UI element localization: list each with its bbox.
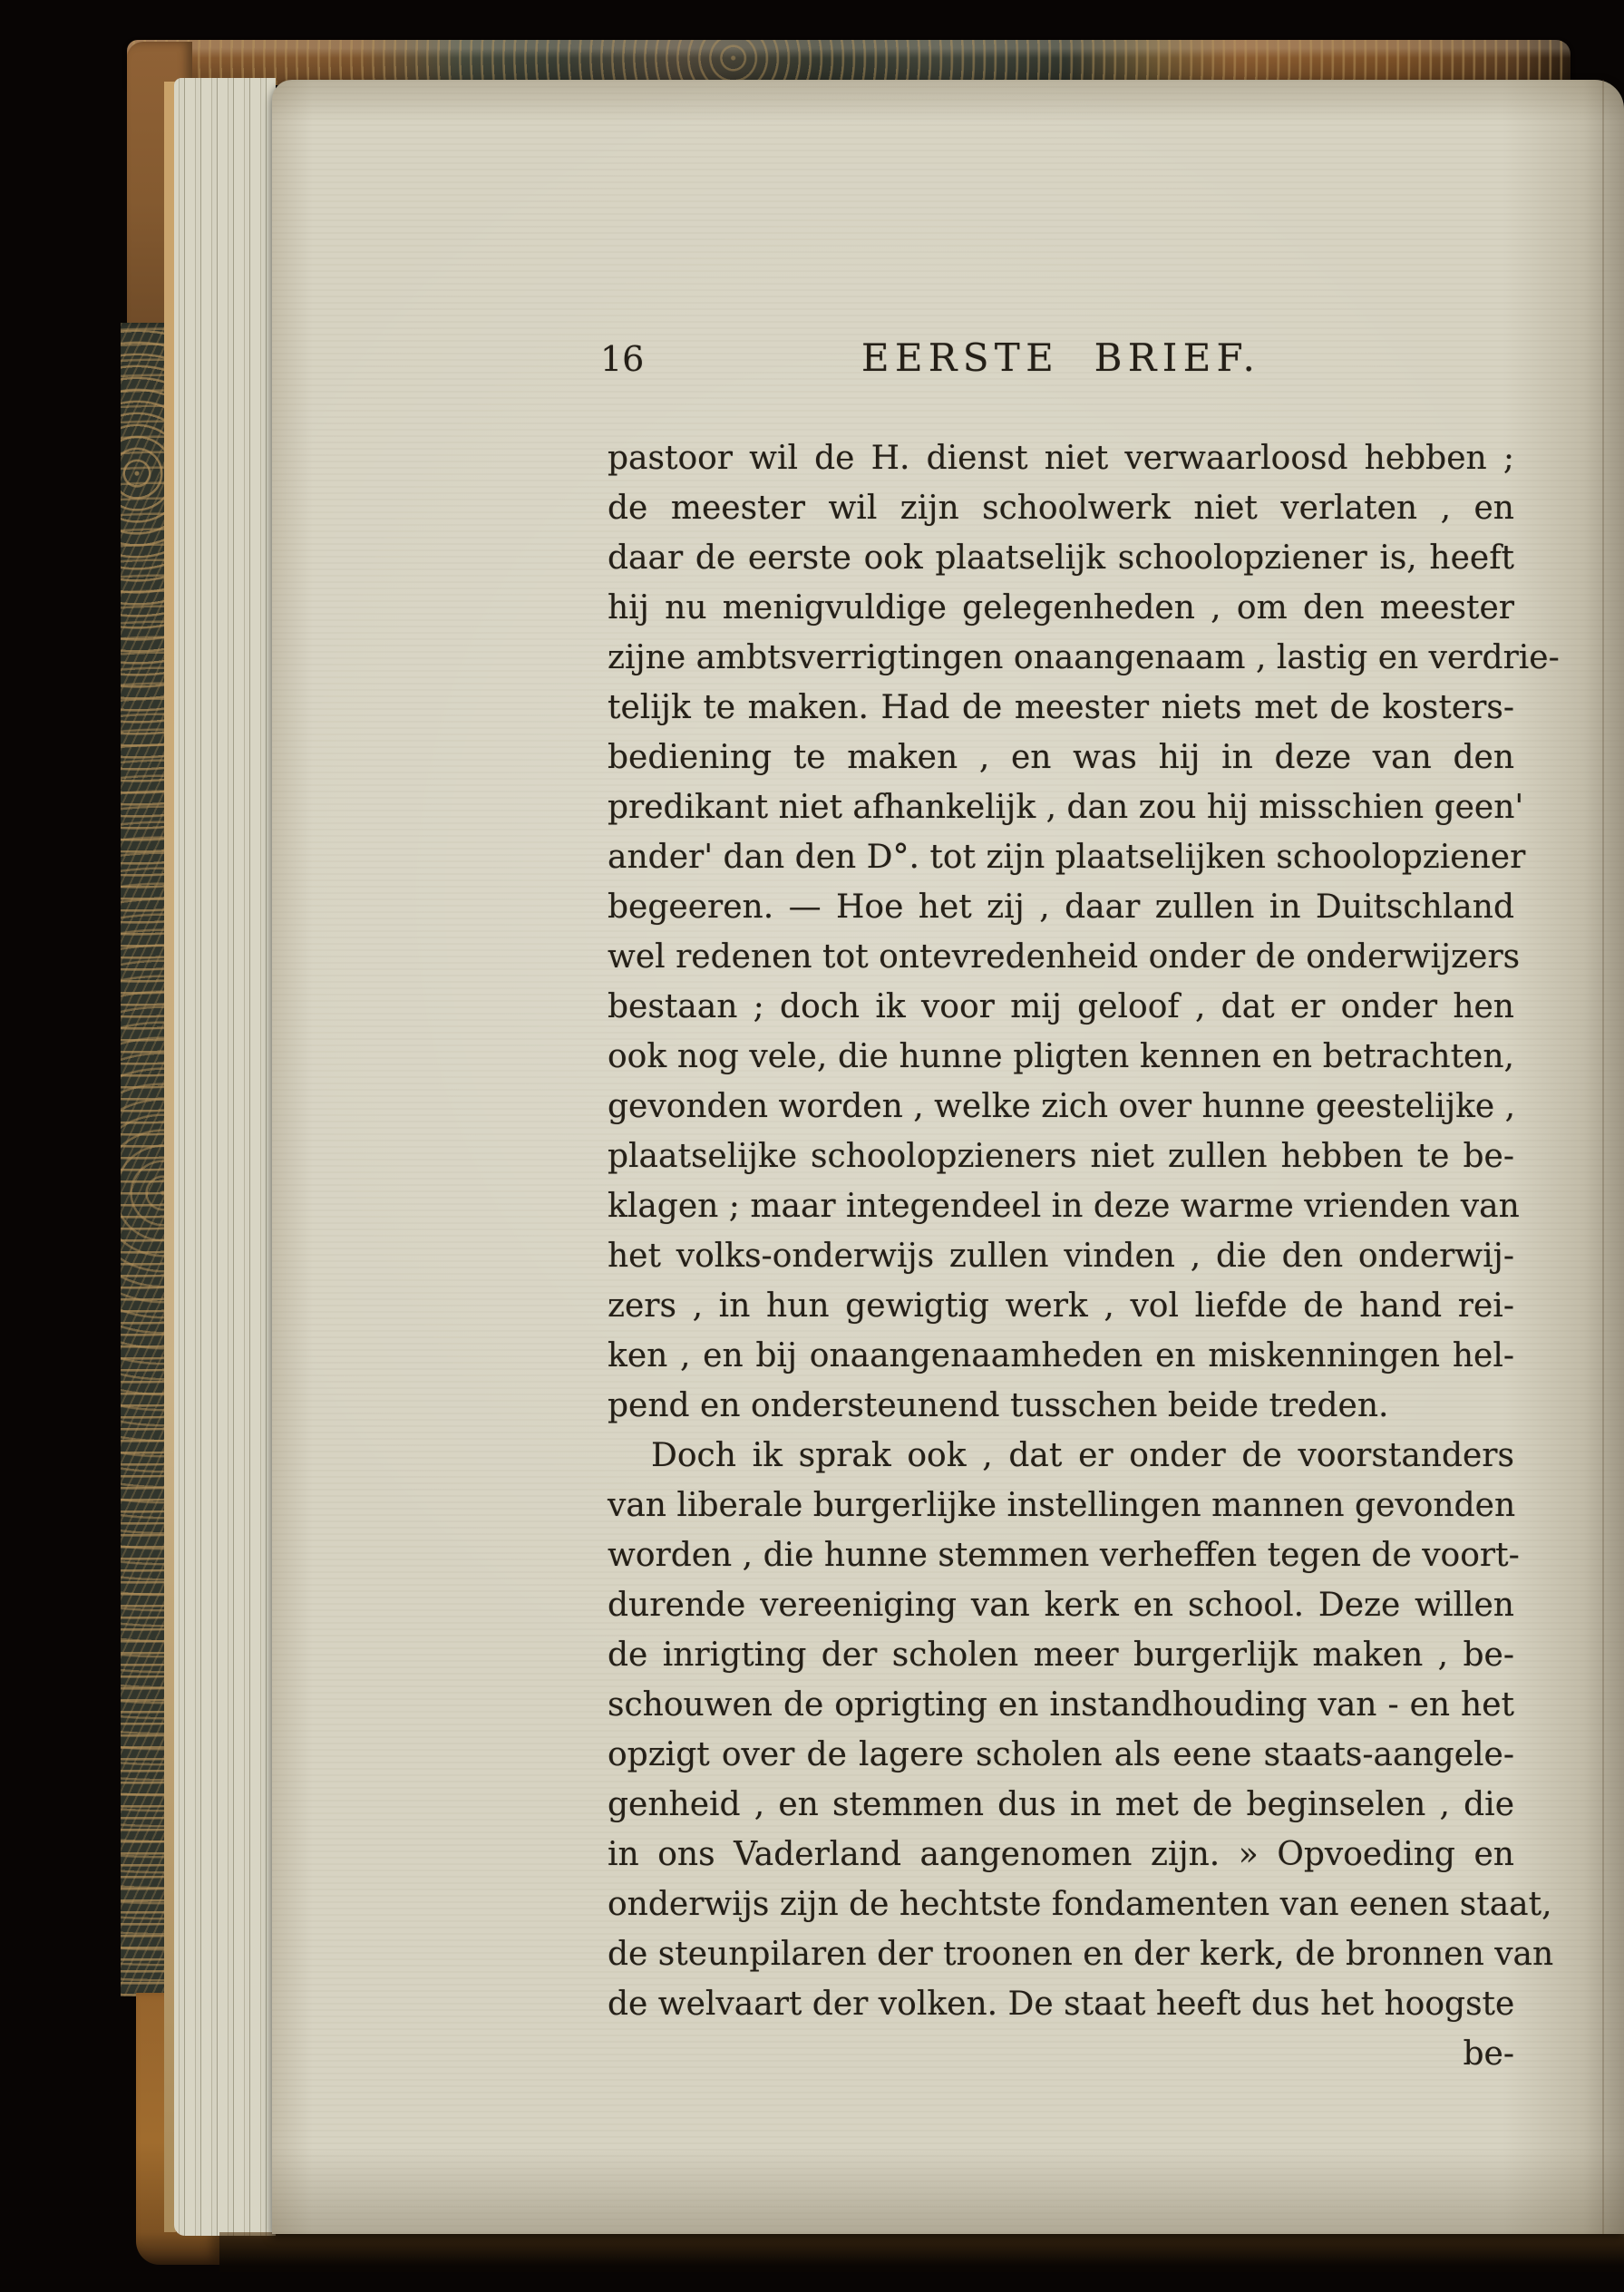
text-line: klagen ; maar integendeel in deze warme …	[608, 1181, 1514, 1231]
text-line: begeeren. — Hoe het zij , daar zullen in…	[608, 882, 1514, 932]
text-line: genheid , en stemmen dus in met de begin…	[608, 1780, 1514, 1830]
text-line: de welvaart der volken. De staat heeft d…	[608, 1979, 1514, 2029]
catchword-row: be-	[608, 2029, 1514, 2079]
text-line: pastoor wil de H. dienst niet verwaarloo…	[608, 433, 1514, 483]
catchword: be-	[1463, 2035, 1514, 2073]
text-line: van liberale burgerlijke instellingen ma…	[608, 1481, 1514, 1530]
text-line: Doch ik sprak ook , dat er onder de voor…	[608, 1431, 1514, 1481]
text-line: hij nu menigvuldige gelegenheden , om de…	[608, 583, 1514, 633]
book-page: 16 EERSTE BRIEF. pastoor wil de H. diens…	[272, 80, 1624, 2234]
text-line: schouwen de oprigting en instandhouding …	[608, 1680, 1514, 1730]
text-line: pend en ondersteunend tusschen beide tre…	[608, 1381, 1514, 1431]
text-line: bestaan ; doch ik voor mij geloof , dat …	[608, 982, 1514, 1032]
text-line: predikant niet afhankelijk , dan zou hij…	[608, 782, 1514, 832]
body-text: pastoor wil de H. dienst niet verwaarloo…	[608, 433, 1514, 2029]
text-line: opzigt over de lagere scholen als eene s…	[608, 1730, 1514, 1780]
text-line: gevonden worden , welke zich over hunne …	[608, 1082, 1514, 1131]
text-line: het volks-onderwijs zullen vinden , die …	[608, 1231, 1514, 1281]
text-line: de steunpilaren der troonen en der kerk,…	[608, 1929, 1514, 1979]
text-line: onderwijs zijn de hechtste fondamenten v…	[608, 1879, 1514, 1929]
book-bottom-shadow	[219, 2232, 1624, 2272]
text-line: worden , die hunne stemmen verheffen teg…	[608, 1530, 1514, 1580]
text-line: ken , en bij onaangenaamheden en miskenn…	[608, 1331, 1514, 1381]
text-line: daar de eerste ook plaatselijk schoolopz…	[608, 533, 1514, 583]
page-edge-stack	[174, 78, 276, 2236]
text-line: wel redenen tot ontevredenheid onder de …	[608, 932, 1514, 982]
book-photo: 16 EERSTE BRIEF. pastoor wil de H. diens…	[0, 0, 1624, 2292]
text-line: de inrigting der scholen meer burgerlijk…	[608, 1630, 1514, 1680]
text-line: durende vereeniging van kerk en school. …	[608, 1580, 1514, 1630]
gutter-fold-line	[1602, 80, 1604, 2234]
book-cover-top-edge	[127, 40, 1571, 85]
text-line: de meester wil zijn schoolwerk niet verl…	[608, 483, 1514, 533]
text-line: zijne ambtsverrigtingen onaangenaam , la…	[608, 633, 1514, 683]
text-line: ook nog vele, die hunne pligten kennen e…	[608, 1032, 1514, 1082]
page-content: 16 EERSTE BRIEF. pastoor wil de H. diens…	[608, 80, 1514, 2234]
running-header: 16 EERSTE BRIEF.	[608, 336, 1514, 384]
text-line: plaatselijke schoolopzieners niet zullen…	[608, 1131, 1514, 1181]
text-line: ander' dan den D°. tot zijn plaatselijke…	[608, 832, 1514, 882]
text-line: bediening te maken , en was hij in deze …	[608, 733, 1514, 782]
running-header-title: EERSTE BRIEF.	[608, 336, 1514, 380]
text-line: zers , in hun gewigtig werk , vol liefde…	[608, 1281, 1514, 1331]
text-line: in ons Vaderland aangenomen zijn. » Opvo…	[608, 1830, 1514, 1879]
text-line: telijk te maken. Had de meester niets me…	[608, 683, 1514, 733]
